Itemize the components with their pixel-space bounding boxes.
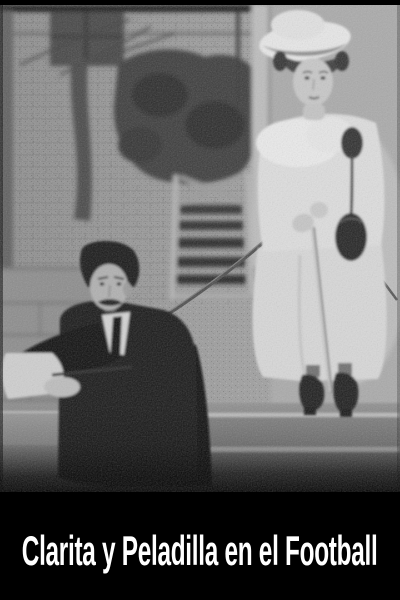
caption-title: Clarita y Peladilla en el Football <box>22 530 378 572</box>
film-poster: Clarita y Peladilla en el Football <box>0 0 400 600</box>
film-grain-overlay <box>0 5 400 492</box>
caption-bar: Clarita y Peladilla en el Football <box>0 522 400 580</box>
film-still-photo <box>0 5 400 492</box>
photo-illustration <box>0 5 400 492</box>
